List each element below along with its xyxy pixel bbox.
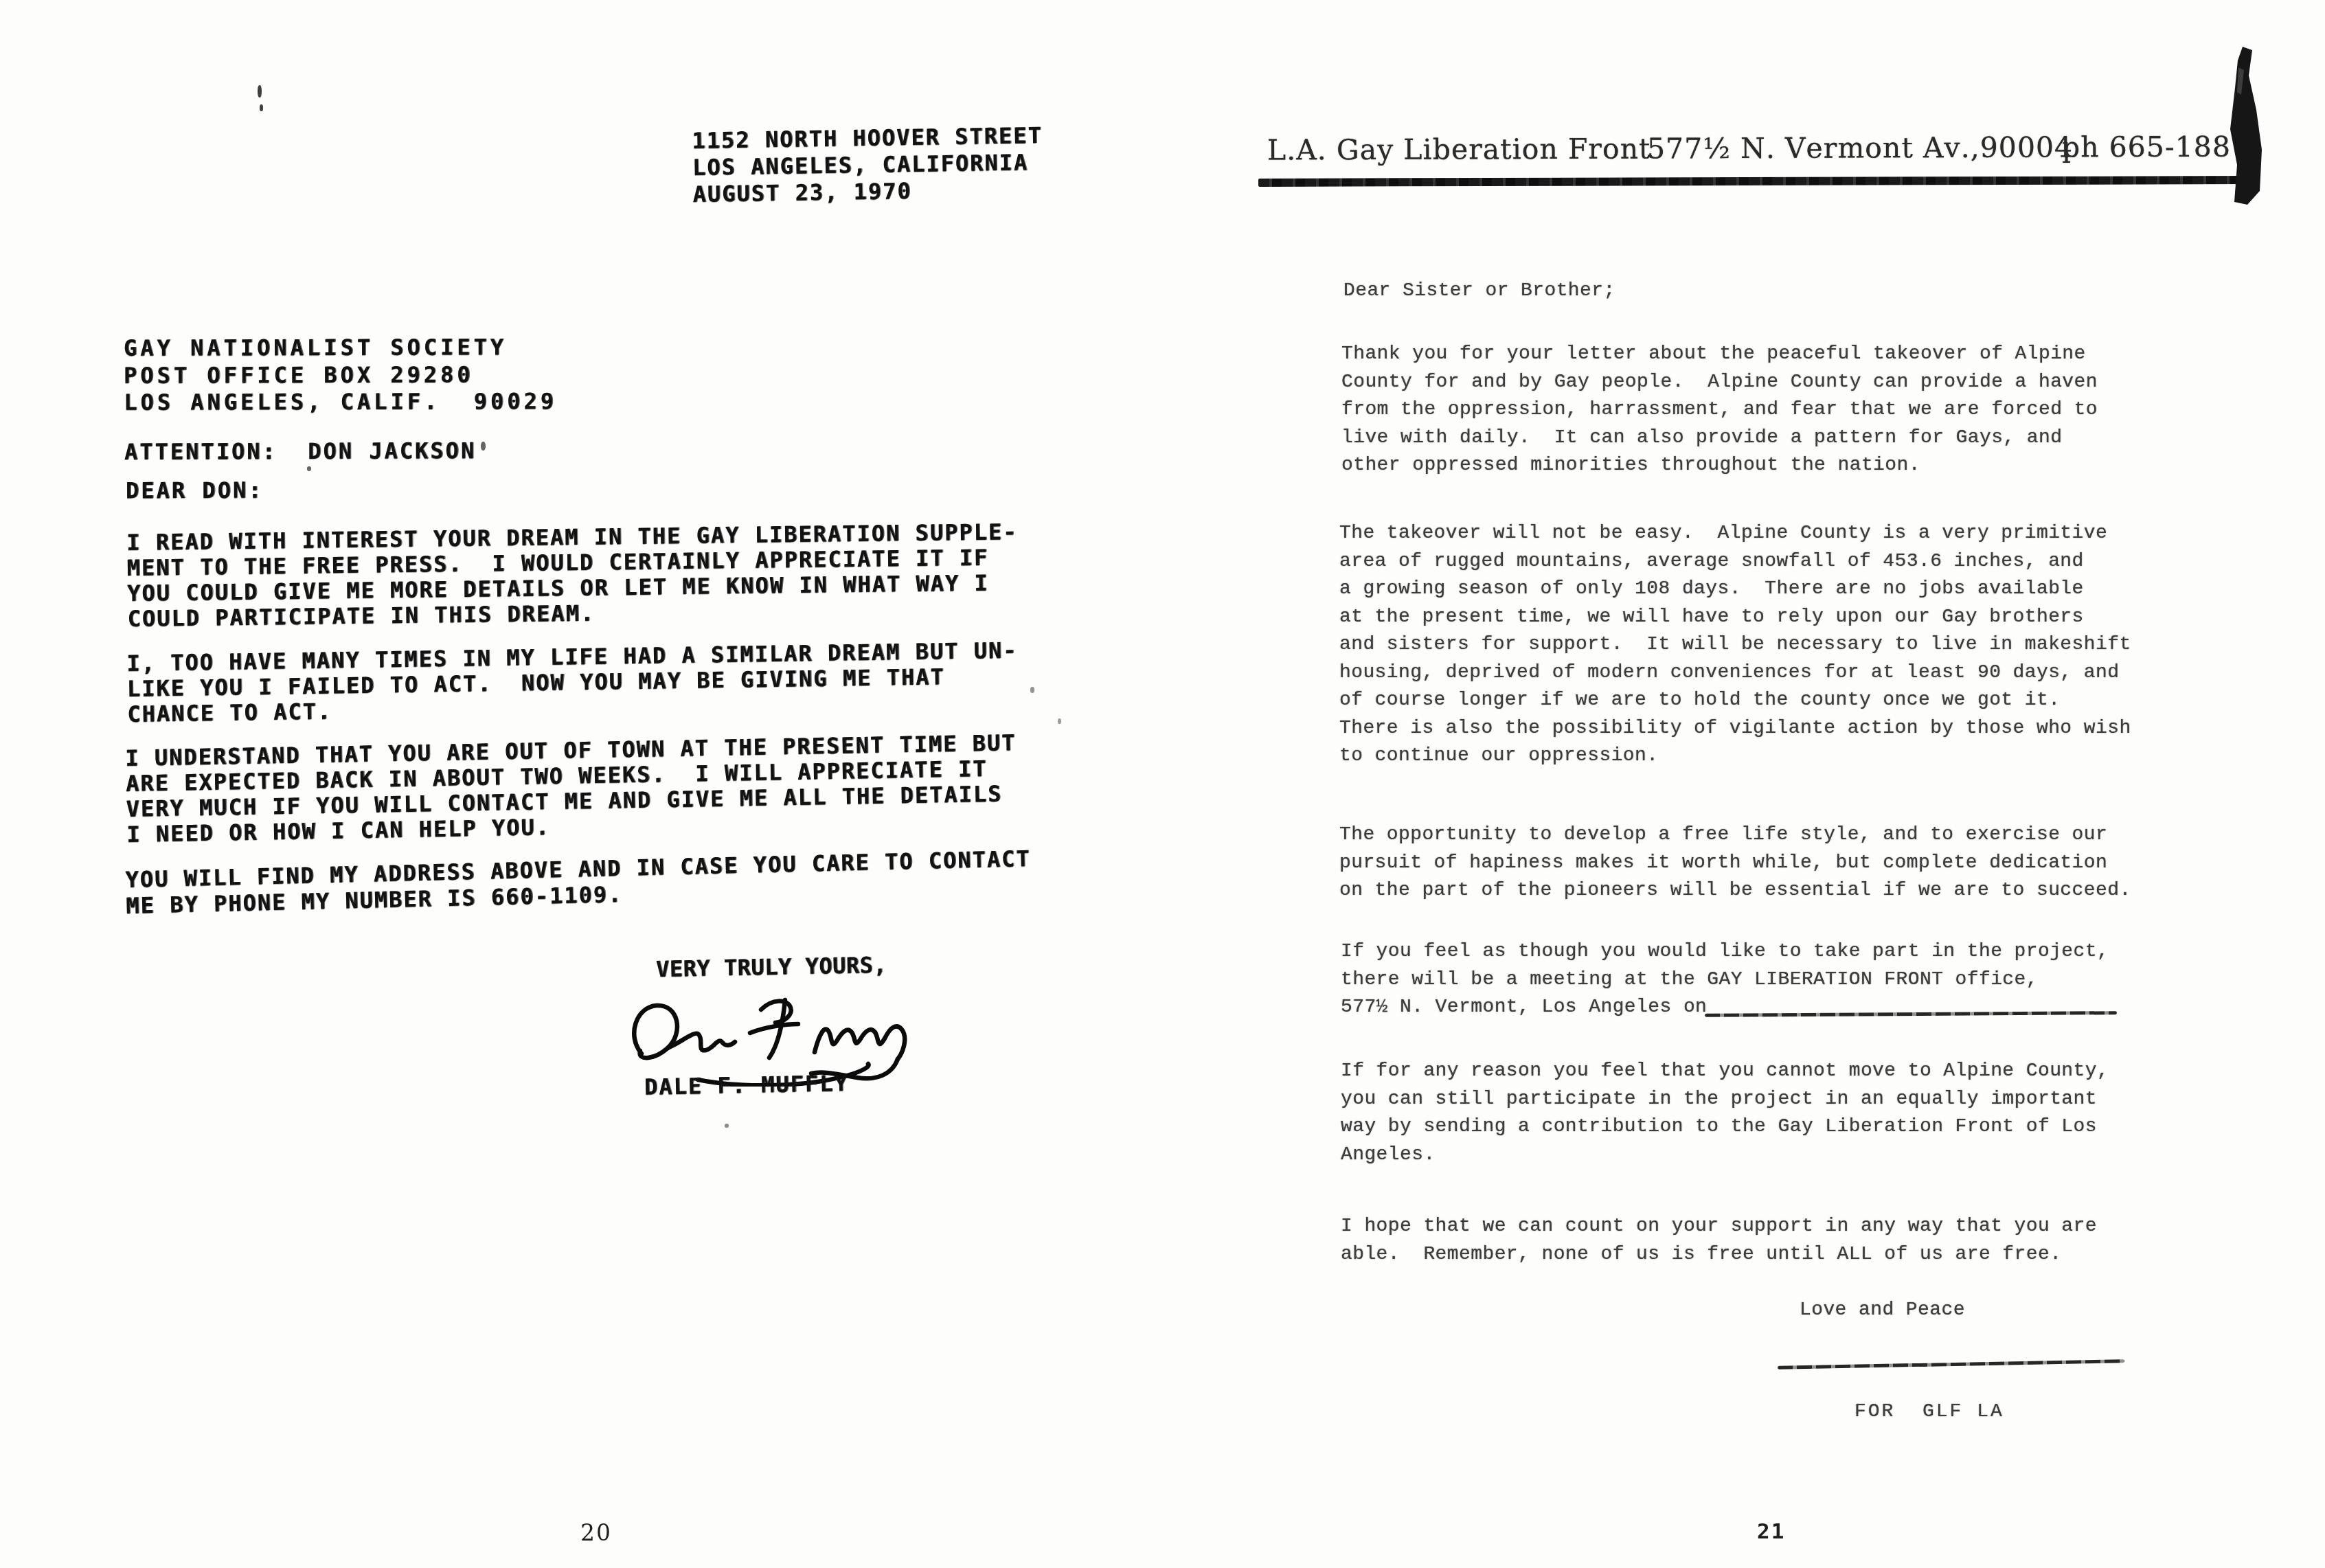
paragraph: Thank you for your letter about the peac…	[1341, 341, 2098, 480]
paragraph: I, TOO HAVE MANY TIMES IN MY LIFE HAD A …	[126, 638, 1019, 727]
dust-speck	[725, 1124, 729, 1128]
meeting-date-blank-line	[1705, 1011, 2117, 1017]
paragraph: If for any reason you feel that you cann…	[1341, 1058, 2109, 1169]
dust-speck	[1030, 687, 1034, 693]
return-address-block: 1152 NORTH HOOVER STREET LOS ANGELES, CA…	[692, 122, 1043, 208]
page-number: 21	[1757, 1519, 1785, 1544]
paragraph: The opportunity to develop a free life s…	[1339, 821, 2131, 905]
paragraph: I hope that we can count on your support…	[1341, 1213, 2097, 1269]
paragraph: I UNDERSTAND THAT YOU ARE OUT OF TOWN AT…	[125, 730, 1018, 848]
signature-line	[1778, 1359, 2124, 1370]
salutation: Dear Sister or Brother;	[1343, 277, 1615, 306]
salutation: DEAR DON:	[126, 478, 264, 504]
typed-signature-name: DALE F. MUFFLY	[644, 1071, 849, 1100]
dust-speck	[260, 104, 263, 111]
dust-speck	[258, 85, 262, 98]
attention-line: ATTENTION: DON JACKSON	[124, 438, 476, 465]
meeting-location-line: 577½ N. Vermont, Los Angeles on	[1341, 994, 1707, 1022]
closing-line: Love and Peace	[1800, 1297, 1965, 1325]
dust-speck	[1058, 718, 1061, 724]
right-letter-page: L.A. Gay Liberation Front 577½ N. Vermon…	[1163, 0, 2325, 1568]
paragraph: YOU WILL FIND MY ADDRESS ABOVE AND IN CA…	[125, 845, 1032, 919]
left-letter-page: 1152 NORTH HOOVER STREET LOS ANGELES, CA…	[0, 0, 1163, 1568]
handwritten-signature	[617, 970, 940, 1087]
letterhead-organization: L.A. Gay Liberation Front	[1267, 133, 1651, 167]
signed-for-line: FOR GLF LA	[1855, 1398, 2004, 1427]
recipient-address-block: GAY NATIONALIST SOCIETY POST OFFICE BOX …	[124, 334, 557, 416]
dust-speck	[481, 442, 486, 451]
ink-blot-artifact	[2208, 47, 2263, 206]
scanned-letter-spread: 1152 NORTH HOOVER STREET LOS ANGELES, CA…	[0, 0, 2325, 1568]
paragraph: If you feel as though you would like to …	[1341, 938, 2109, 994]
letterhead-phone: ph 665-188	[2062, 130, 2231, 164]
paragraph: I READ WITH INTEREST YOUR DREAM IN THE G…	[126, 519, 1019, 632]
letterhead-address: 577½ N. Vermont Av.,90004	[1647, 130, 2073, 165]
paragraph: The takeover will not be easy. Alpine Co…	[1339, 520, 2131, 771]
page-number: 20	[580, 1519, 612, 1546]
dust-speck	[307, 466, 311, 471]
